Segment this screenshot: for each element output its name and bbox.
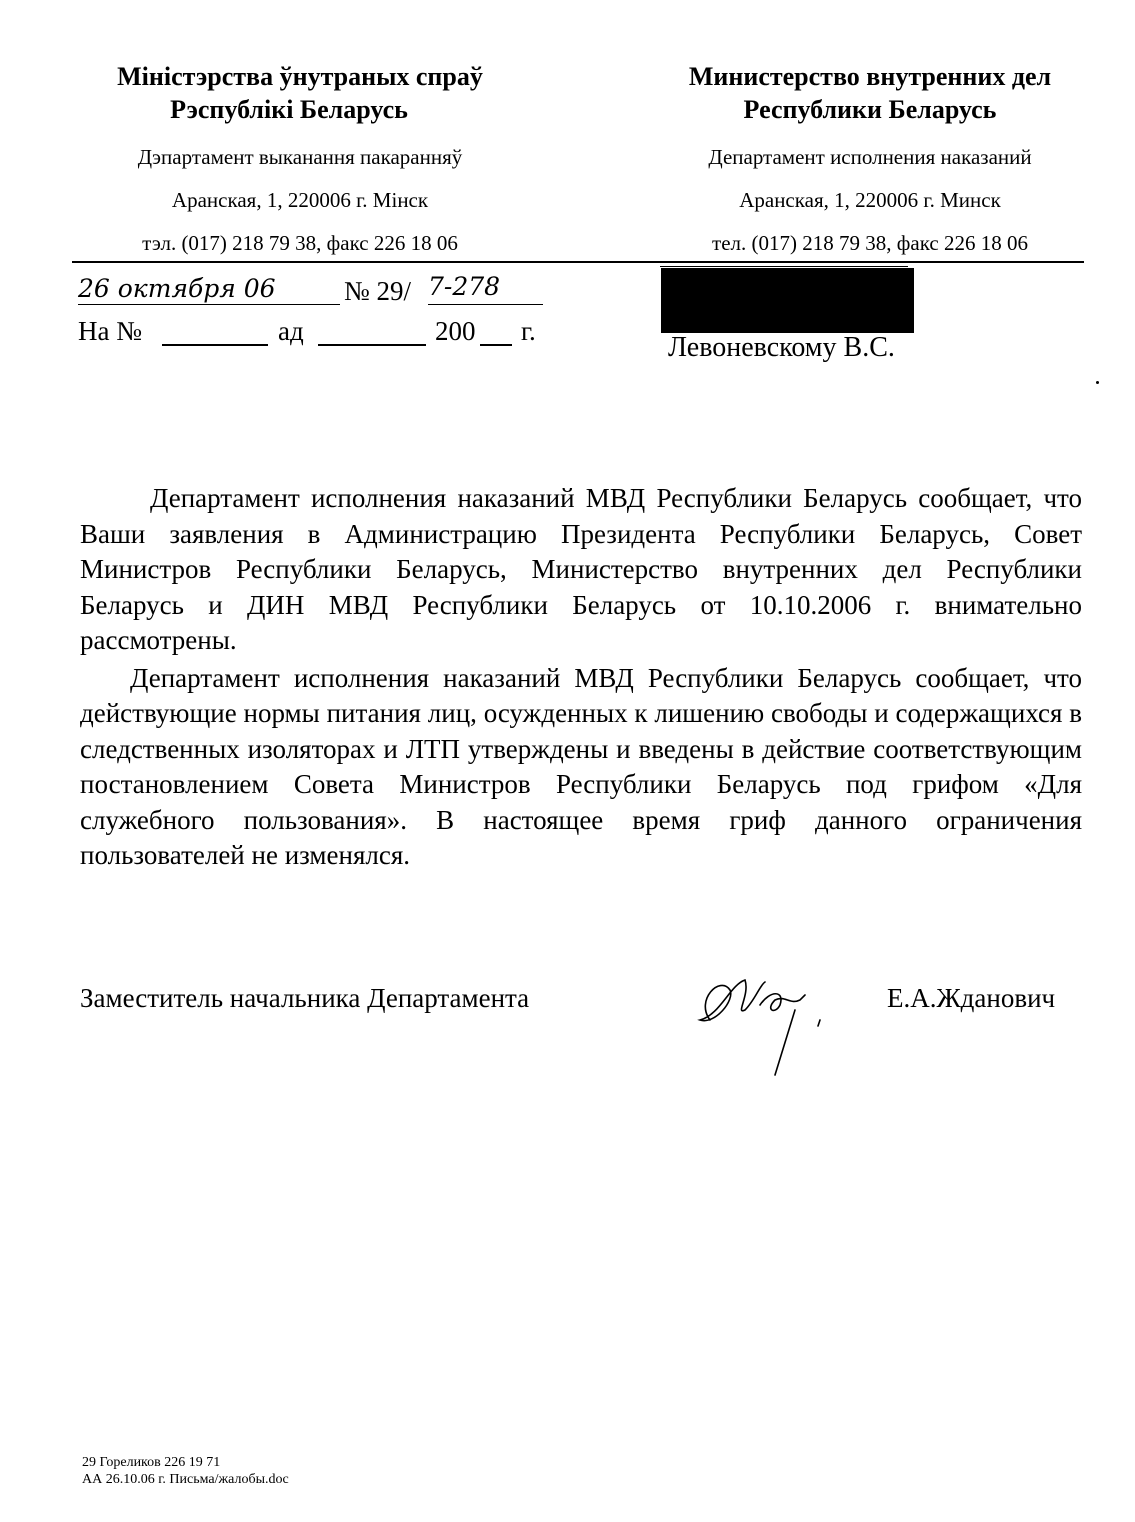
reply-number-blank	[162, 344, 268, 346]
department-name-by: Дэпартамент выканання пакаранняў	[70, 147, 530, 168]
ministry-name-ru-line1: Министерство внутренних дел	[655, 60, 1085, 93]
contacts-ru: тел. (017) 218 79 38, факс 226 18 06	[655, 233, 1085, 254]
signatory-title: Заместитель начальника Департамента	[80, 983, 529, 1014]
contacts-by: тэл. (017) 218 79 38, факс 226 18 06	[70, 233, 530, 254]
ministry-name-ru-line2: Республики Беларусь	[655, 93, 1085, 126]
handwritten-signature	[690, 970, 850, 1080]
handwritten-number: 7-278	[428, 272, 543, 305]
handwritten-date: 26 октября 06	[78, 274, 340, 305]
recipient-name: Левоневскому В.С.	[668, 332, 895, 364]
header-divider	[72, 261, 1084, 263]
reply-number-label: На №	[78, 316, 142, 347]
address-ru: Аранская, 1, 220006 г. Минск	[655, 190, 1085, 211]
outgoing-number-prefix: № 29/	[344, 276, 411, 307]
ministry-name-by-line2: Рэспублікі Беларусь	[70, 93, 530, 126]
signatory-name: Е.А.Жданович	[887, 983, 1055, 1014]
reply-year: 200	[435, 316, 476, 347]
reply-reference: На № ад 200 г.	[78, 316, 558, 352]
signature-scribble-icon	[690, 970, 850, 1080]
body-paragraph-2: Департамент исполнения наказаний МВД Рес…	[80, 661, 1082, 874]
address-by: Аранская, 1, 220006 г. Мінск	[70, 190, 530, 211]
letter-body: Департамент исполнения наказаний МВД Рес…	[80, 481, 1082, 874]
redacted-address-block	[661, 268, 914, 333]
reply-from-label: ад	[278, 316, 304, 347]
reply-year-blank	[480, 344, 512, 346]
ministry-name-by-line1: Міністэрства ўнутраных спраў	[70, 60, 530, 93]
department-name-ru: Департамент исполнения наказаний	[655, 147, 1085, 168]
reply-year-suffix: г.	[521, 316, 536, 347]
outgoing-reference: 26 октября 06 № 29/ 7-278	[78, 272, 558, 308]
scan-speck	[1096, 381, 1099, 384]
footer-file-ref: АА 26.10.06 г. Письма/жалобы.doc	[82, 1471, 289, 1488]
body-paragraph-1: Департамент исполнения наказаний МВД Рес…	[80, 481, 1082, 659]
footer-executor: 29 Гореликов 226 19 71	[82, 1454, 220, 1471]
reply-date-blank	[318, 344, 426, 346]
secondary-divider	[660, 266, 908, 267]
